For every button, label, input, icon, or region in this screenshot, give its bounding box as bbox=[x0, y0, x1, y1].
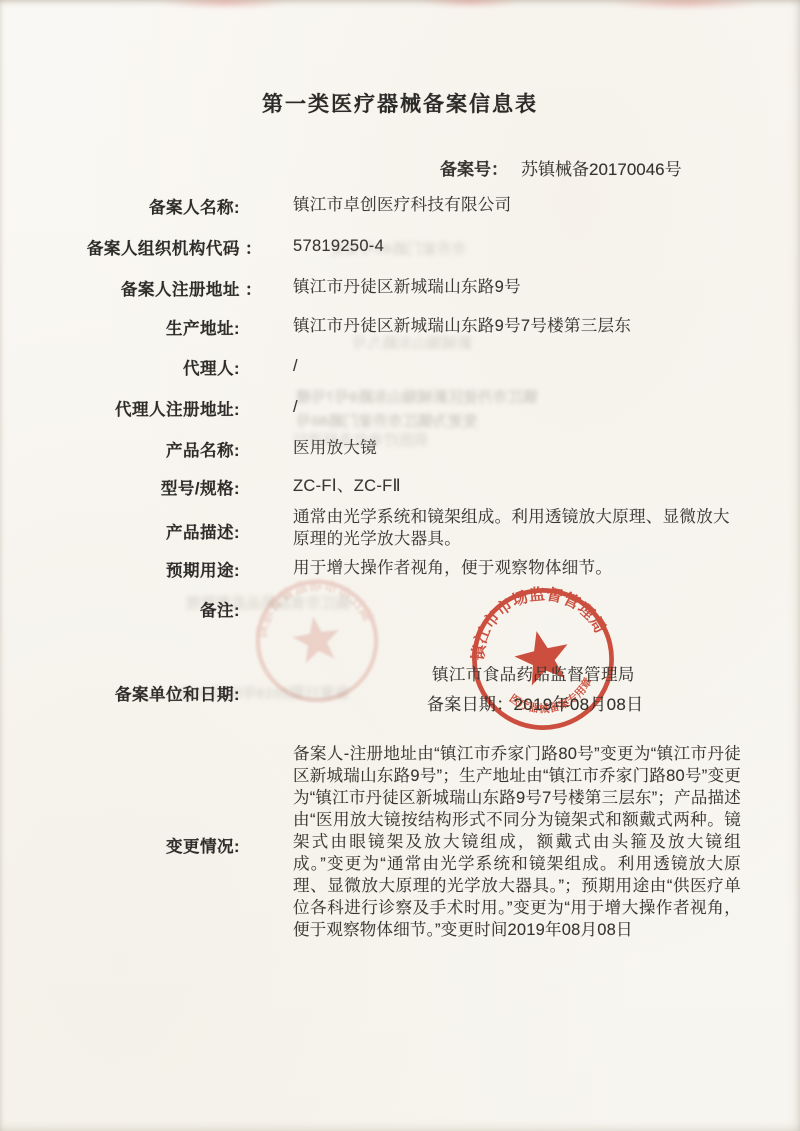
filing-authority-label: 备案单位和日期: bbox=[0, 681, 240, 705]
field-label: 备注: bbox=[0, 597, 240, 621]
field-value: 镇江市丹徒区新城瑞山东路9号7号楼第三层东 bbox=[293, 315, 742, 337]
field-label: 生产地址: bbox=[0, 315, 240, 339]
field-value: 镇江市丹徒区新城瑞山东路9号 bbox=[293, 276, 742, 298]
field-value: / bbox=[293, 355, 742, 377]
field-label: 型号/规格: bbox=[0, 475, 240, 499]
top-edge-ink-smudge bbox=[160, 0, 290, 8]
svg-text:镇江市市场监督管理局: 镇江市市场监督管理局 bbox=[455, 570, 611, 666]
field-value: 镇江市卓创医疗科技有限公司 bbox=[293, 194, 742, 216]
filing-date-value: 备案日期：2019年08月08日 bbox=[427, 690, 643, 715]
field-label: 预期用途: bbox=[0, 557, 240, 581]
change-details-label: 变更情况: bbox=[0, 833, 240, 857]
field-value: 医用放大镜 bbox=[293, 437, 742, 459]
top-edge-ink-smudge bbox=[610, 0, 760, 9]
field-label: 代理人注册地址: bbox=[0, 396, 240, 420]
seal-ring-text: 镇江市市场监督管理局 bbox=[455, 570, 611, 666]
field-value: 57819250-4 bbox=[293, 235, 742, 257]
field-label: 产品名称: bbox=[0, 437, 240, 461]
filing-number-line: 备案号：苏镇械备20170046号 bbox=[440, 155, 682, 180]
document-title: 第一类医疗器械备案信息表 bbox=[0, 88, 800, 118]
field-label: 备案人名称: bbox=[0, 194, 240, 218]
field-value: / bbox=[293, 396, 742, 418]
filing-number-value: 苏镇械备20170046号 bbox=[521, 160, 682, 179]
bleedthrough-seal: 镇江市市场监督管理局 bbox=[231, 555, 403, 727]
filing-authority-value: 镇江市食品药品监督管理局 bbox=[432, 661, 635, 685]
filing-number-label: 备案号： bbox=[440, 160, 508, 179]
field-value: ZC-FⅠ、ZC-FⅡ bbox=[293, 475, 742, 497]
field-label: 备案人注册地址 ： bbox=[22, 276, 262, 300]
field-label: 备案人组织机构代码 ： bbox=[22, 235, 262, 259]
field-label: 代理人: bbox=[0, 355, 240, 379]
official-seal: 镇江市市场监督管理局 医疗器械备案专用章 bbox=[439, 555, 648, 764]
field-label: 产品描述: bbox=[0, 519, 240, 543]
top-edge-ink-smudge bbox=[420, 0, 520, 7]
field-value: 通常由光学系统和镜架组成。利用透镜放大原理、显微放大原理的光学放大器具。 bbox=[293, 506, 742, 550]
scanned-document-page: 市乔家门路80号变更 新城瑞山东路九号 镇江市丹徒区新城瑞山东路9号7号楼 变更… bbox=[0, 0, 800, 1131]
change-details-text: 备案人-注册地址由“镇江市乔家门路80号”变更为“镇江市丹徒区新城瑞山东路9号”… bbox=[293, 743, 741, 941]
